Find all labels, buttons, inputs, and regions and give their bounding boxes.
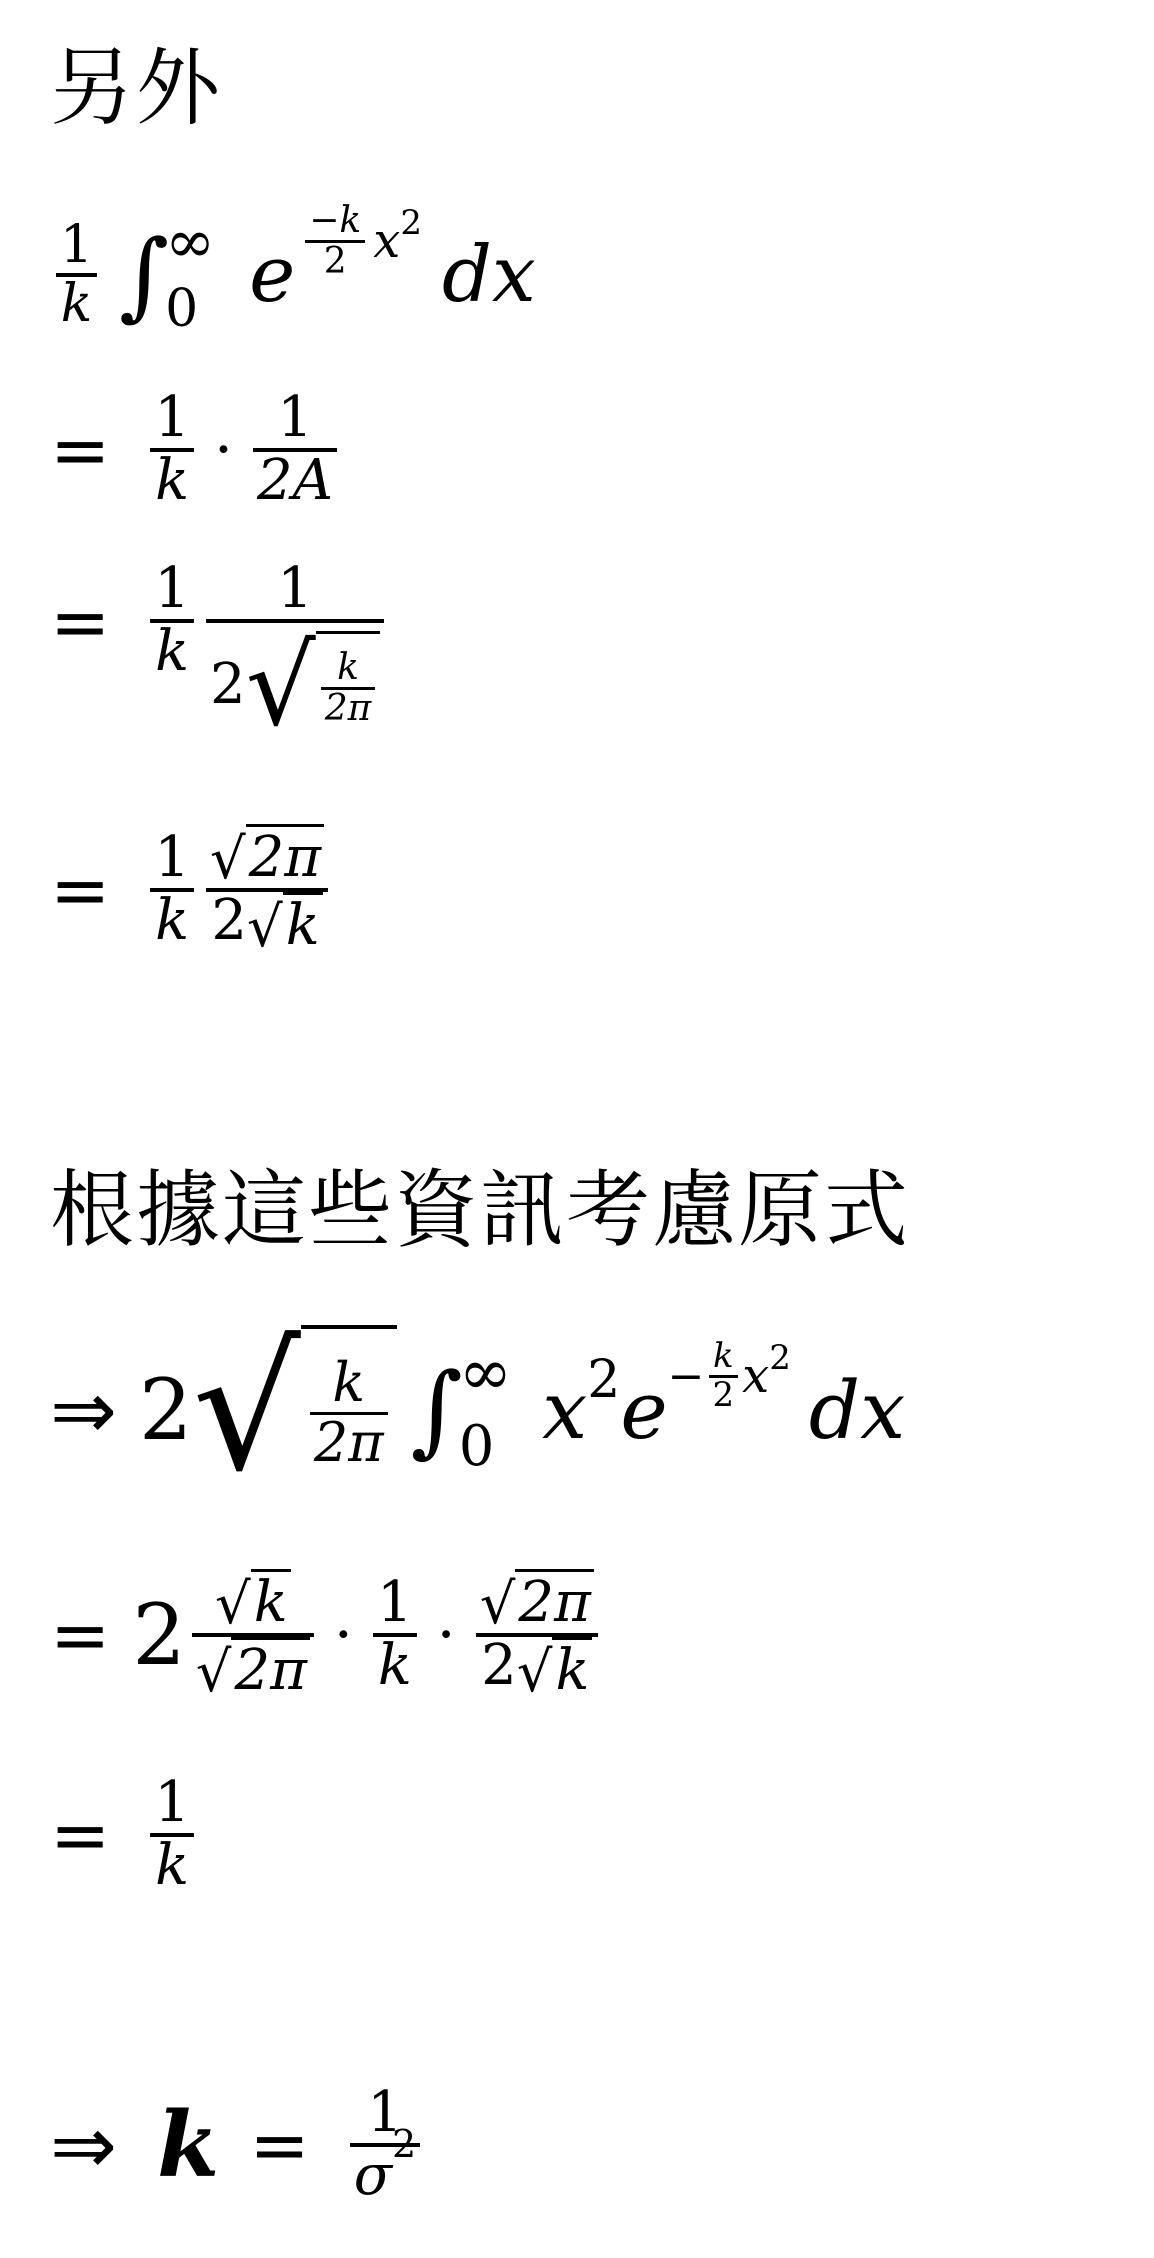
equals-sign: = — [50, 848, 110, 932]
exponent-fraction: −k 2 — [305, 202, 365, 281]
fraction-one-over-sigma-squared: 1 σ 2 — [350, 2084, 420, 2206]
radicand: k — [251, 1569, 291, 1633]
numerator: k — [709, 1339, 738, 1375]
equals-sign: = — [249, 2103, 309, 2187]
equation-line-2a: = 1 k · 1 2A — [50, 380, 343, 520]
numerator: 1 — [273, 389, 317, 448]
numerator: k — [328, 1355, 369, 1412]
radical-sign-icon: √ — [247, 892, 283, 956]
exponent-power: 2 — [400, 203, 422, 243]
numerator: −k — [305, 202, 365, 240]
minus-sign: − — [668, 1351, 705, 1402]
fraction-one-over-k: 1 k — [150, 829, 194, 951]
dot-operator: · — [437, 1600, 456, 1670]
equals-sign: = — [50, 1593, 110, 1677]
base-e: e — [620, 1364, 667, 1457]
integral-sign-icon: ∫ — [119, 227, 169, 323]
radical-sign-icon: √ — [192, 1325, 300, 1495]
exponent-power: 2 — [769, 1338, 791, 1378]
integral: ∫ ∞ 0 — [411, 1345, 512, 1475]
exponent-fraction: k 2 — [709, 1339, 739, 1413]
fraction-root2pi-over-2rootk: √ 2π 2 √ k — [476, 1569, 598, 1701]
denominator: 2 — [320, 243, 351, 281]
equation-line-conclusion: ⇒ k = 1 σ 2 — [50, 2070, 426, 2220]
radicand: k 2π — [301, 1325, 397, 1495]
integral-limits: ∞ 0 — [459, 1345, 512, 1475]
heading-another: 另外 — [50, 46, 222, 130]
power: 2 — [587, 1350, 620, 1410]
equation-line-2b: = 1 k 1 2 √ k 2π — [50, 550, 390, 770]
radicand: 2π — [231, 1637, 309, 1701]
coefficient: 2 — [211, 892, 247, 951]
equation-line-result: = 1 k — [50, 1765, 200, 1905]
lower-limit: 0 — [165, 283, 215, 335]
implies-arrow-icon: ⇒ — [50, 2099, 117, 2192]
square-root: √ 2π — [196, 1637, 310, 1701]
denominator: 2 √ k 2π — [206, 623, 384, 741]
fraction-k-over-2pi: k 2π — [310, 1355, 388, 1471]
fraction-one-over-2A: 1 2A — [253, 389, 337, 511]
equals-sign: = — [50, 1793, 110, 1877]
integral-sign-icon: ∫ — [411, 1360, 463, 1460]
square-root: √ k 2π — [192, 1325, 396, 1495]
dot-operator: · — [214, 415, 233, 485]
numerator: √ 2π — [206, 824, 328, 888]
radical-sign-icon: √ — [210, 824, 246, 888]
equation-line-integral: 1 k ∫ ∞ 0 e −k 2 x 2 dx — [50, 200, 536, 350]
denominator: 2A — [253, 452, 337, 511]
numerator: 1 — [373, 1574, 417, 1633]
denominator: k — [151, 1837, 193, 1896]
denominator: 2π — [310, 1415, 388, 1472]
radical-sign-icon: √ — [215, 1569, 251, 1633]
exponent: − k 2 x 2 — [668, 1339, 791, 1413]
square-root: √ k — [215, 1569, 291, 1633]
sigma: σ — [354, 2147, 392, 2206]
radicand: k — [552, 1637, 592, 1701]
numerator: 1 — [273, 560, 317, 619]
numerator: 1 — [150, 560, 194, 619]
square-root: √ 2π — [210, 824, 324, 888]
numerator: 1 — [150, 829, 194, 888]
radicand: 2π — [246, 824, 324, 888]
implies-arrow-icon: ⇒ — [50, 1364, 117, 1457]
coefficient: 2 — [481, 1637, 517, 1696]
numerator: 1 — [56, 218, 97, 273]
equation-line-original: ⇒ 2 √ k 2π ∫ ∞ 0 x 2 e − k 2 x 2 dx — [50, 1310, 905, 1510]
denominator: √ 2π — [192, 1637, 314, 1701]
integral-limits: ∞ 0 — [165, 215, 215, 335]
radicand: k — [283, 892, 323, 956]
denominator: k — [374, 1637, 416, 1696]
denominator: k — [57, 277, 97, 332]
denominator: k — [151, 452, 193, 511]
upper-limit: ∞ — [165, 215, 215, 269]
denominator: σ 2 — [350, 2147, 420, 2206]
square-root: √ k — [517, 1637, 593, 1701]
denominator: 2 √ k — [207, 892, 326, 956]
heading-consider-original: 根據這些資訊考慮原式 — [50, 1168, 910, 1252]
power: 2 — [392, 2125, 416, 2165]
fraction-k-over-2pi: k 2π — [321, 649, 376, 728]
lower-limit: 0 — [459, 1419, 512, 1475]
equals-sign: = — [50, 408, 110, 492]
numerator: √ k — [211, 1569, 295, 1633]
denominator: k — [151, 623, 193, 682]
radical-sign-icon: √ — [480, 1569, 516, 1633]
variable-k: k — [157, 2092, 219, 2198]
differential: dx — [442, 230, 536, 320]
numerator: k — [333, 649, 363, 687]
denominator: 2 — [709, 1378, 739, 1414]
fraction-one-over-k: 1 k — [150, 389, 194, 511]
fraction-root2pi-over-2rootk: √ 2π 2 √ k — [206, 824, 328, 956]
numerator: 1 — [150, 389, 194, 448]
equals-sign: = — [50, 580, 110, 664]
exponent-variable: x — [742, 1348, 769, 1404]
radicand: 2π — [515, 1569, 593, 1633]
denominator: 2π — [321, 690, 376, 728]
coefficient: 2 — [132, 1586, 185, 1684]
numerator: √ 2π — [476, 1569, 598, 1633]
radical-sign-icon: √ — [196, 1637, 232, 1701]
fraction-one-over-k: 1 k — [373, 1574, 417, 1696]
differential: dx — [809, 1364, 905, 1457]
variable-x: x — [542, 1364, 587, 1457]
denominator: k — [151, 892, 193, 951]
fraction-one-over-root: 1 2 √ k 2π — [206, 560, 384, 741]
radical-sign-icon: √ — [246, 631, 316, 741]
fraction-one-over-k: 1 k — [150, 560, 194, 682]
radicand: k 2π — [316, 631, 381, 741]
square-root: √ k 2π — [246, 631, 381, 741]
dot-operator: · — [334, 1600, 353, 1670]
coefficient: 2 — [139, 1361, 192, 1459]
numerator: 1 — [150, 1774, 194, 1833]
fraction-one-over-k: 1 k — [56, 218, 97, 331]
integral: ∫ ∞ 0 — [119, 215, 215, 335]
coefficient: 2 — [210, 656, 246, 715]
exponent-variable: x — [373, 213, 400, 269]
upper-limit: ∞ — [459, 1345, 512, 1403]
equation-line-substitute: = 2 √ k √ 2π · 1 k · √ 2π — [50, 1540, 604, 1730]
denominator: 2 √ k — [477, 1637, 596, 1701]
base-e: e — [249, 230, 295, 320]
exponent: −k 2 x 2 — [301, 202, 422, 281]
fraction-one-over-k: 1 k — [150, 1774, 194, 1896]
fraction-rootk-over-root2pi: √ k √ 2π — [192, 1569, 314, 1701]
square-root: √ 2π — [480, 1569, 594, 1633]
equation-line-2c: = 1 k √ 2π 2 √ k — [50, 800, 334, 980]
square-root: √ k — [247, 892, 323, 956]
radical-sign-icon: √ — [517, 1637, 553, 1701]
